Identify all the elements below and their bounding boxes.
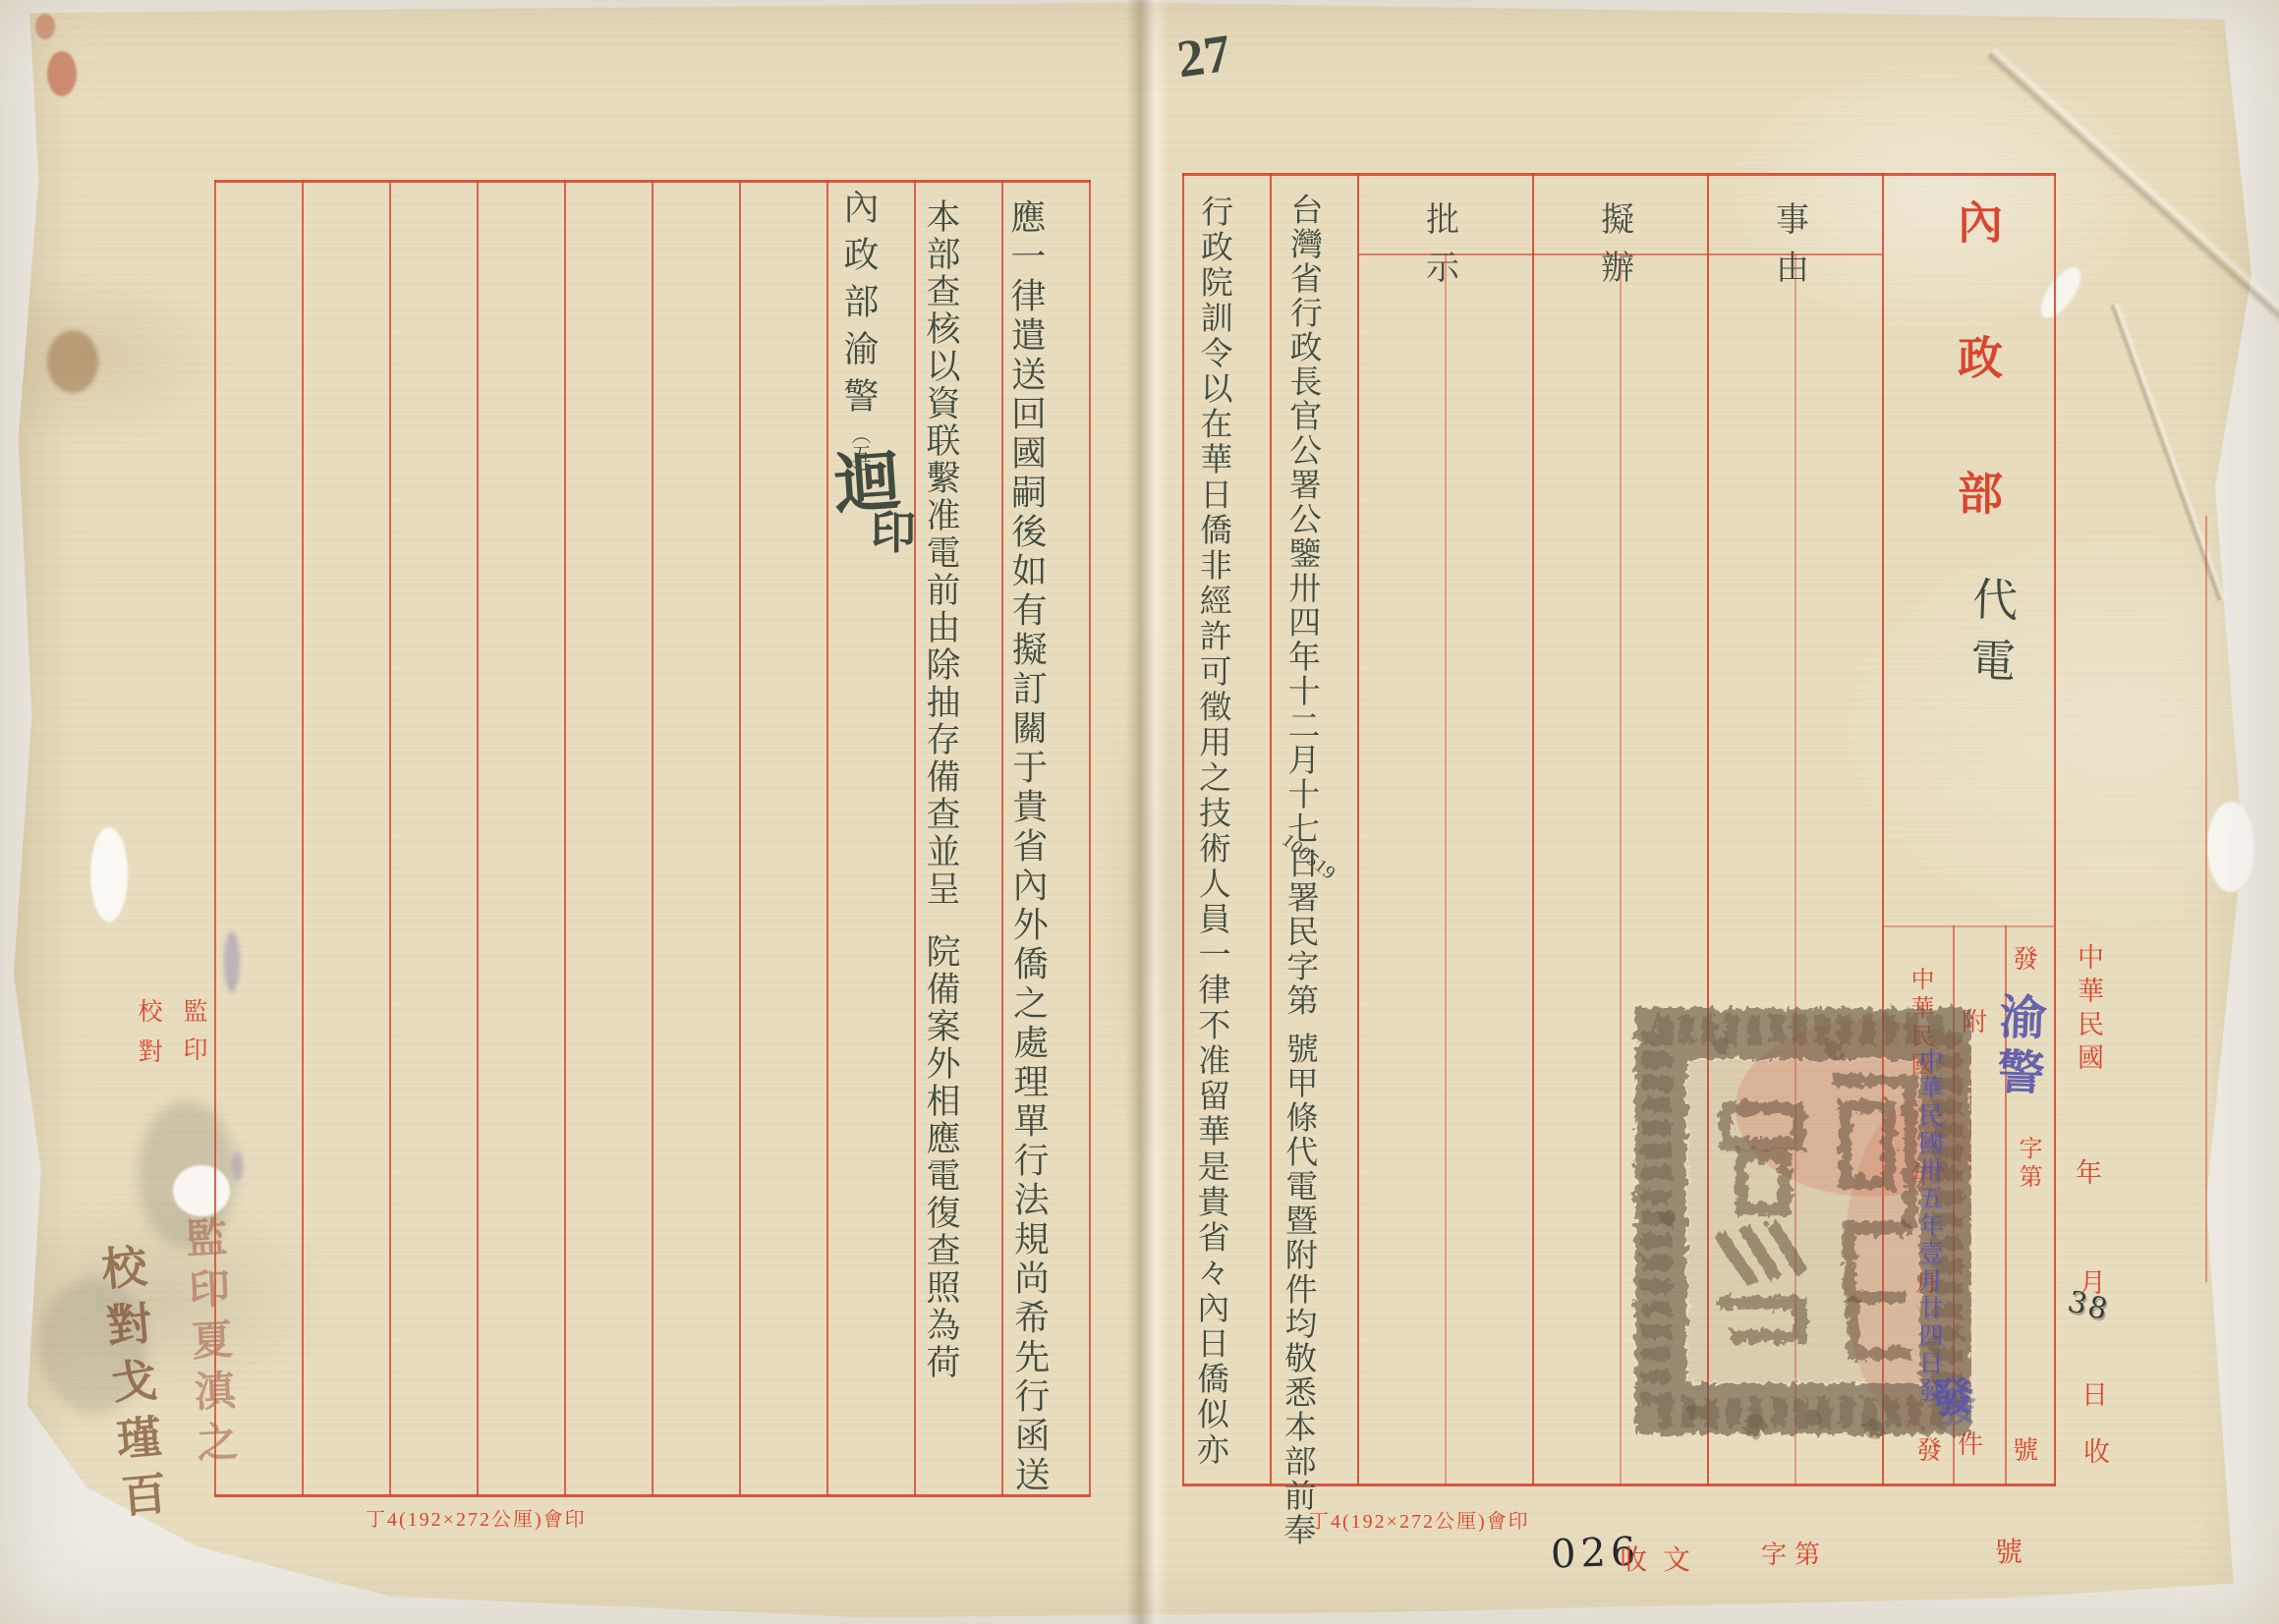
manuscript-column-taiwan-a: 台灣省行政長官公署公鑒卅四年十二月十七日署民字第 bbox=[1282, 193, 1321, 1018]
right-grid-top bbox=[1182, 173, 2056, 176]
left-grid-bottom bbox=[214, 1494, 1091, 1497]
seal-note-character: 印 bbox=[871, 497, 916, 562]
grid-line bbox=[1270, 173, 1272, 1485]
dispatch-hao-label: 號 bbox=[2013, 1430, 2038, 1467]
manuscript-column-ying: 應一律遣送回國嗣後如有擬訂關于貴省內外僑之處理單行法規尚希先行函送 bbox=[1008, 198, 1049, 1495]
manuscript-column-benbu: 本部查核以資联繫准電前由除抽存備查並呈院備案外相應電復查照為荷 bbox=[924, 198, 958, 1381]
received-roc-label: 中華民國 bbox=[2070, 943, 2108, 1077]
doc-type: 代電 bbox=[1956, 575, 2024, 699]
blue-dispatch-prefix-stamp: 渝警 bbox=[1981, 991, 2053, 1103]
grid-line bbox=[1620, 253, 1622, 1485]
bottom-hao-label: 號 bbox=[1995, 1531, 2023, 1570]
manuscript-column-benbu-b: 院備案外相應電復查照為荷 bbox=[922, 933, 960, 1381]
manuscript-column-benbu-a: 本部查核以資联繫准電前由除抽存備查並呈 bbox=[922, 198, 960, 908]
bottom-shouwen-label: 收文 bbox=[1620, 1539, 1706, 1578]
received-year-label: 年 bbox=[2076, 1151, 2102, 1190]
proofread-label: 校對 bbox=[130, 998, 165, 1079]
dispatch-zidi-label: 字第 bbox=[2011, 1136, 2045, 1193]
dispatch-label: 發 bbox=[2013, 939, 2038, 976]
field-instructions: 批示 bbox=[1367, 193, 1514, 289]
field-proposed-action: 擬辦 bbox=[1542, 193, 1689, 289]
page-number-annotation: 27 bbox=[1173, 23, 1234, 90]
grid-line bbox=[1532, 173, 1534, 1485]
field-subject: 事由 bbox=[1717, 193, 1864, 289]
manuscript-signoff-text: 內政部渝警 bbox=[839, 189, 879, 424]
blue-dispatch-date-stamp: 中華民國卅五年壹月廿四日發 bbox=[1910, 1047, 1946, 1405]
plate-note-left: 丁4(192×272公厘)會印 bbox=[366, 1503, 587, 1532]
bottom-zidi-label: 字第 bbox=[1761, 1535, 1828, 1571]
ministry-title: 內政部 bbox=[1944, 198, 2009, 605]
grid-line bbox=[1357, 173, 1359, 1485]
seal-supervision-label: 監印 bbox=[175, 998, 210, 1075]
manuscript-column-taiwan-b: 號甲條代電暨附件均敬悉本部前奉 bbox=[1279, 1032, 1317, 1547]
blue-dispatch-fa-stamp: 發 bbox=[1930, 1365, 1975, 1427]
manuscript-column-xingzhengyuan: 行政院訓令以在華日僑非經許可徵用之技術人員一律不准留華是貴省々內日僑似亦 bbox=[1193, 195, 1230, 1468]
right-grid-right bbox=[2054, 173, 2056, 1485]
received-day-label: 日 bbox=[2081, 1373, 2108, 1412]
plate-note-right: 丁4(192×272公厘)會印 bbox=[1309, 1505, 1530, 1534]
outer-margin-line bbox=[2205, 516, 2207, 1282]
received-label: 收 bbox=[2083, 1430, 2110, 1469]
date-block-divider bbox=[1882, 925, 2054, 927]
right-grid-left bbox=[1182, 173, 1184, 1485]
left-grid-top bbox=[214, 180, 1091, 183]
grid-line bbox=[1445, 253, 1447, 1485]
